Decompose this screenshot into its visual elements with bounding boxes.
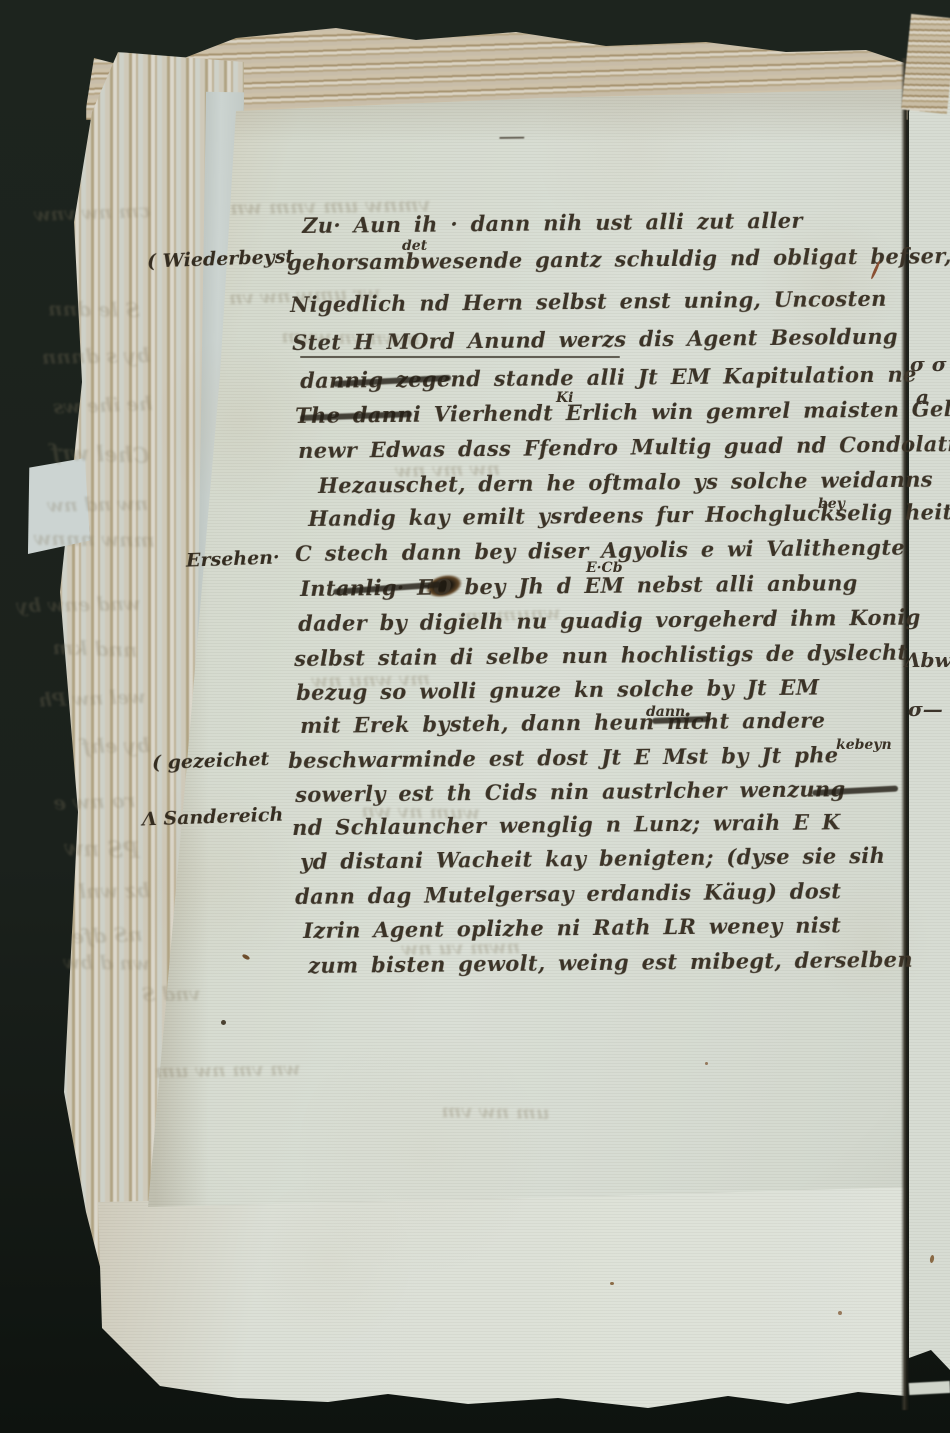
bleedthrough-writing: wel nw Ph — [38, 686, 146, 712]
bleedthrough-writing: nw nd nw — [47, 493, 148, 517]
adjacent-page-mark: Λbw — [905, 648, 950, 672]
interline-insert: Ki — [556, 390, 574, 406]
foxing-stain — [120, 300, 360, 540]
bleedthrough-writing: ꞇm nw vnw — [34, 200, 151, 226]
adjacent-page-bottom-curl — [909, 1381, 950, 1395]
bleedthrough-writing: mnw nnnw — [34, 526, 155, 552]
bleedthrough-writing: nnd km — [52, 635, 138, 662]
ink-speck — [221, 1020, 226, 1025]
ink-speck — [838, 1311, 842, 1315]
manuscript-photo: ꞇm nw vnwvmnw um vnm wnS le dnnwr umw nw… — [0, 0, 950, 1433]
interline-insert: E·Cb — [586, 560, 622, 576]
interline-insert: det — [402, 238, 427, 254]
foxing-stain — [490, 0, 790, 300]
underline-flourish — [300, 356, 620, 358]
adjacent-page-mark: a — [916, 385, 929, 409]
bleedthrough-writing: wnd enw by — [17, 593, 141, 617]
adjacent-page-mark: σ σ — [910, 352, 946, 376]
interline-insert: bey — [818, 496, 845, 512]
bleedthrough-writing: S le dnn — [48, 296, 140, 322]
foxing-stain — [70, 740, 350, 1020]
margin-note: Ersehen· — [186, 546, 280, 571]
ink-speck — [705, 1062, 708, 1065]
adjacent-page-mark: σ— — [908, 697, 943, 721]
foxing-stain — [210, 1140, 450, 1380]
adjacent-page-top-edges — [901, 14, 950, 114]
bleedthrough-writing: by ehf — [82, 733, 151, 758]
ink-speck — [610, 1282, 614, 1285]
interline-insert: kebeyn — [836, 737, 892, 753]
foxing-stain — [780, 850, 950, 1030]
